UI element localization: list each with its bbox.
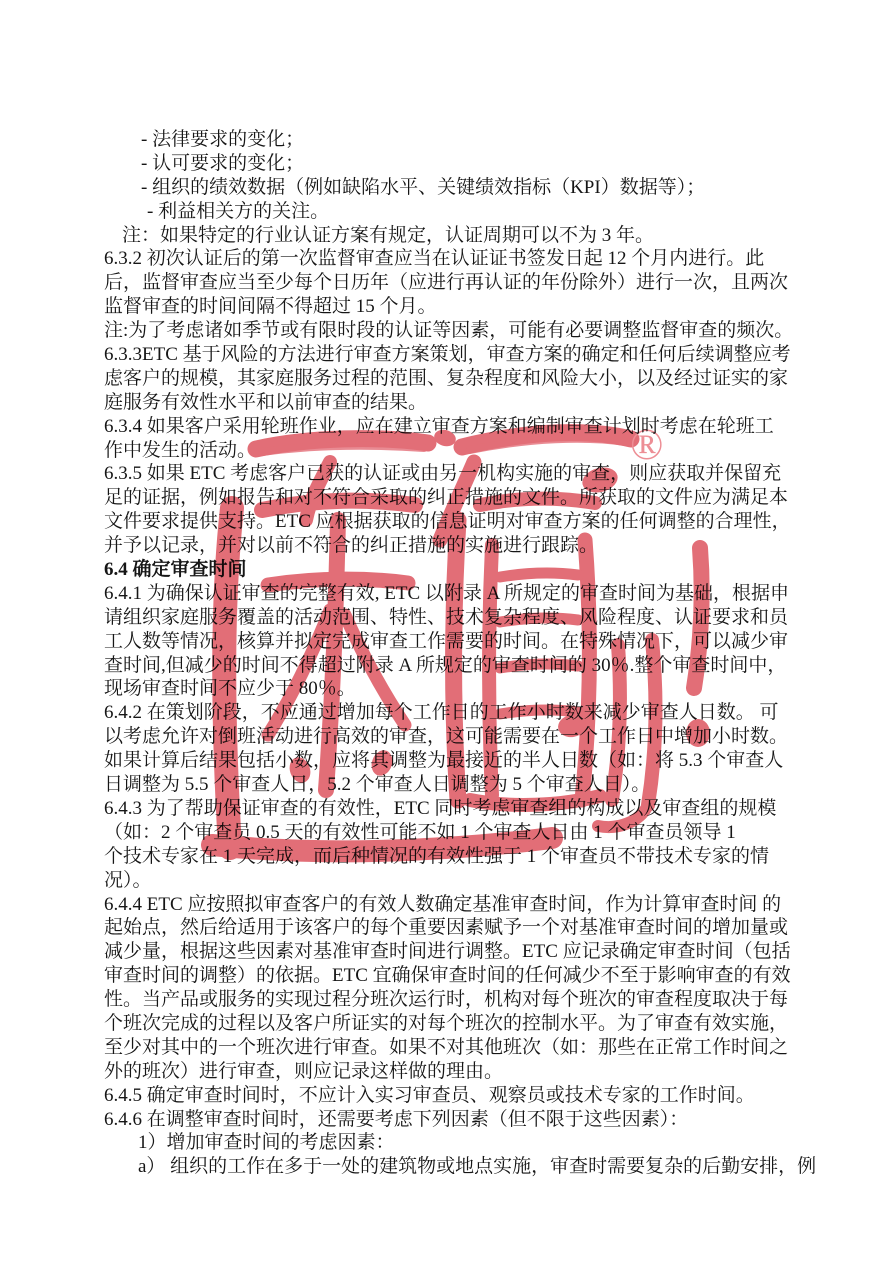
document-text: - 法律要求的变化； - 认可要求的变化； - 组织的绩效数据（例如缺陷水平、关… xyxy=(104,128,804,1179)
doc-line: 减少量，根据这些因素对基准审查时间进行调整。ETC 应记录确定审查时间（包括 xyxy=(104,940,804,964)
doc-line: 工人数等情况，核算并拟定完成审查工作需要的时间。在特殊情况下，可以减少审 xyxy=(104,630,804,654)
doc-line: 以考虑允许对倒班活动进行高效的审查，这可能需要在一个工作日中增加小时数。 xyxy=(104,725,804,749)
doc-heading: 6.4 确定审查时间 xyxy=(104,558,804,582)
doc-line: 1）增加审查时间的考虑因素： xyxy=(104,1131,804,1155)
doc-line: 作中发生的活动。 xyxy=(104,439,804,463)
doc-line: 6.4.4 ETC 应按照拟审查客户的有效人数确定基准审查时间，作为计算审查时间… xyxy=(104,893,804,917)
doc-line: 文件要求提供支持。ETC 应根据获取的信息证明对审查方案的任何调整的合理性， xyxy=(104,510,804,534)
doc-line: 虑客户的规模，其家庭服务过程的范围、复杂程度和风险大小，以及经过证实的家 xyxy=(104,367,804,391)
doc-line: 监督审查的时间间隔不得超过 15 个月。 xyxy=(104,295,804,319)
doc-line: - 认可要求的变化； xyxy=(104,152,804,176)
doc-line: 个技术专家在 1 天完成，而后种情况的有效性强于 1 个审查员不带技术专家的情 xyxy=(104,845,804,869)
doc-line: 6.3.3ETC 基于风险的方法进行审查方案策划，审查方案的确定和任何后续调整应… xyxy=(104,343,804,367)
document-page: - 法律要求的变化； - 认可要求的变化； - 组织的绩效数据（例如缺陷水平、关… xyxy=(0,0,892,1262)
doc-line: 6.4.6 在调整审查时间时，还需要考虑下列因素（但不限于这些因素）： xyxy=(104,1108,804,1132)
doc-line: 足的证据，例如报告和对不符合采取的纠正措施的文件。所获取的文件应为满足本 xyxy=(104,486,804,510)
doc-line: 6.3.5 如果 ETC 考虑客户已获的认证或由另一机构实施的审查，则应获取并保… xyxy=(104,462,804,486)
doc-line: 外的班次）进行审查，则应记录这样做的理由。 xyxy=(104,1060,804,1084)
doc-line: 起始点，然后给适用于该客户的每个重要因素赋予一个对基准审查时间的增加量或 xyxy=(104,916,804,940)
doc-line: 庭服务有效性水平和以前审查的结果。 xyxy=(104,391,804,415)
doc-line: 6.3.4 如果客户采用轮班作业，应在建立审查方案和编制审查计划时考虑在轮班工 xyxy=(104,415,804,439)
doc-line: 6.3.2 初次认证后的第一次监督审查应当在认证证书签发日起 12 个月内进行。… xyxy=(104,247,804,271)
doc-line: 请组织家庭服务覆盖的活动范围、特性、技术复杂程度、风险程度、认证要求和员 xyxy=(104,606,804,630)
doc-line: 并予以记录，并对以前不符合的纠正措施的实施进行跟踪。 xyxy=(104,534,804,558)
doc-line: 况）。 xyxy=(104,869,804,893)
doc-line: 注:为了考虑诸如季节或有限时段的认证等因素，可能有必要调整监督审查的频次。 xyxy=(104,319,804,343)
doc-line: 6.4.3 为了帮助保证审查的有效性，ETC 同时考虑审查组的构成以及审查组的规… xyxy=(104,797,804,821)
doc-line: 性。当产品或服务的实现过程分班次运行时，机构对每个班次的审查程度取决于每 xyxy=(104,988,804,1012)
doc-line: 注：如果特定的行业认证方案有规定，认证周期可以不为 3 年。 xyxy=(104,224,804,248)
doc-line: 查时间,但减少的时间不得超过附录 A 所规定的审查时间的 30％.整个审查时间中… xyxy=(104,654,804,678)
doc-line: 如果计算后结果包括小数，应将其调整为最接近的半人日数（如：将 5.3 个审查人 xyxy=(104,749,804,773)
doc-line: 审查时间的调整）的依据。ETC 宜确保审查时间的任何减少不至于影响审查的有效 xyxy=(104,964,804,988)
doc-line: 现场审查时间不应少于 80％。 xyxy=(104,677,804,701)
doc-line: 至少对其中的一个班次进行审查。如果不对其他班次（如：那些在正常工作时间之 xyxy=(104,1036,804,1060)
doc-line: 后，监督审查应当至少每个日历年（应进行再认证的年份除外）进行一次，且两次 xyxy=(104,271,804,295)
doc-line: 日调整为 5.5 个审查人日，5.2 个审查人日调整为 5 个审查人日）。 xyxy=(104,773,804,797)
doc-line: - 法律要求的变化； xyxy=(104,128,804,152)
doc-line: 6.4.2 在策划阶段，不应通过增加每个工作日的工作小时数来减少审查人日数。 可 xyxy=(104,701,804,725)
doc-line: - 组织的绩效数据（例如缺陷水平、关键绩效指标（KPI）数据等）； xyxy=(104,176,804,200)
doc-line: 个班次完成的过程以及客户所证实的对每个班次的控制水平。为了审查有效实施， xyxy=(104,1012,804,1036)
doc-line: （如：2 个审查员 0.5 天的有效性可能不如 1 个审查人日由 1 个审查员领… xyxy=(104,821,804,845)
doc-line: - 利益相关方的关注。 xyxy=(104,200,804,224)
doc-line: 6.4.5 确定审查时间时，不应计入实习审查员、观察员或技术专家的工作时间。 xyxy=(104,1084,804,1108)
doc-line: a） 组织的工作在多于一处的建筑物或地点实施，审查时需要复杂的后勤安排，例 xyxy=(104,1155,804,1179)
doc-line: 6.4.1 为确保认证审查的完整有效, ETC 以附录 A 所规定的审查时间为基… xyxy=(104,582,804,606)
